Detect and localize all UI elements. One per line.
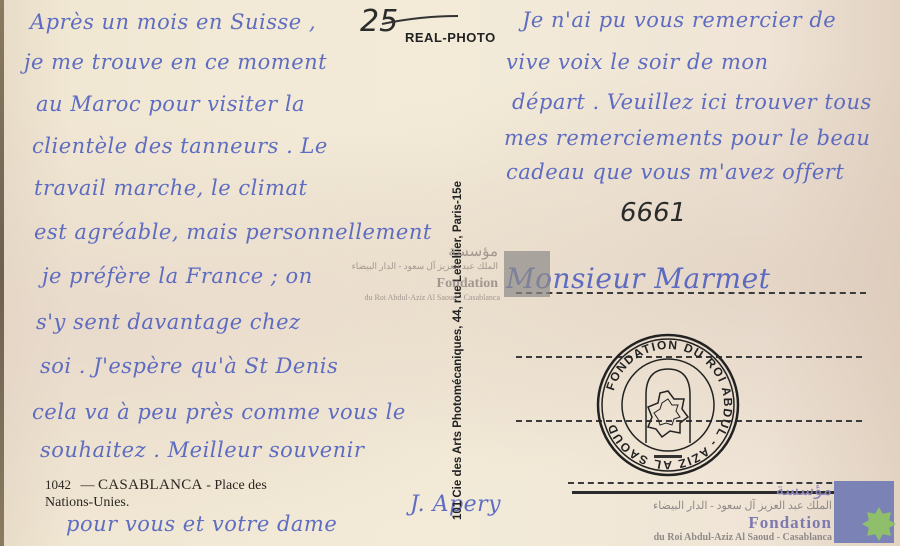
message-line: au Maroc pour visiter la [36,92,305,116]
caption-place: - Place des [206,478,267,493]
brand-arabic-title: مؤسسة [776,480,832,500]
svg-text:FONDATION DU ROI ABDUL - AZIZ: FONDATION DU ROI ABDUL - AZIZ AL SAOUD [603,338,735,472]
watermark-latin-title: Fondation [420,276,498,292]
foundation-stamp: FONDATION DU ROI ABDUL - AZIZ AL SAOUD [596,333,740,477]
message-line: souhaitez . Meilleur souvenir [40,438,364,462]
pencil-arrow-icon [380,10,460,30]
caption-city: CASABLANCA [98,477,203,493]
message-line: Je n'ai pu vous remercier de [522,8,836,32]
message-line: je me trouve en ce moment [24,50,327,74]
message-line: cela va à peu près comme vous le [32,400,406,424]
message-line: cadeau que vous m'avez offert [506,160,844,184]
message-line: clientèle des tanneurs . Le [32,134,328,158]
watermark-latin-line: du Roi Abdul-Aziz Al Saoud - Casablanca [340,293,500,302]
photo-caption: 1042 — CASABLANCA - Place des Nations-Un… [45,476,267,511]
caption-dash: — [81,478,95,493]
brand-latin-title: Fondation [748,513,832,533]
postcard-back: Après un mois en Suisse , je me trouve e… [0,0,900,546]
pencil-archive-number: 6661 [620,198,686,228]
message-line: je préfère la France ; on [42,264,313,288]
message-line: s'y sent davantage chez [36,310,301,334]
brand-latin-line: du Roi Abdul-Aziz Al Saoud - Casablanca [654,532,832,543]
message-line: pour vous et votre dame [66,512,337,536]
message-line: soi . J'espère qu'à St Denis [40,354,338,378]
message-line: est agréable, mais personnellement [34,220,432,244]
watermark-logo-icon [504,251,550,297]
message-line: départ . Veuillez ici trouver tous [512,90,872,114]
watermark-arabic-title: مؤسسة [418,242,498,261]
address-line [516,292,866,294]
publisher-mark: REAL-PHOTO [405,30,496,45]
message-line: vive voix le soir de mon [506,50,769,74]
message-line: Après un mois en Suisse , [30,10,316,34]
printer-line: 101 Cie des Arts Photomécaniques, 44, ru… [452,181,464,520]
caption-place-line2: Nations-Unies. [45,494,267,511]
brand-arabic-line: الملك عبد العزيز آل سعود - الدار البيضاء [653,499,832,512]
caption-number: 1042 [45,477,71,492]
message-line: travail marche, le climat [34,176,307,200]
watermark-arabic-line: الملك عبد العزيز آل سعود - الدار البيضاء [340,261,498,272]
message-line: mes remerciements pour le beau [504,126,870,150]
stamp-ring-text: FONDATION DU ROI ABDUL - AZIZ AL SAOUD [603,338,735,472]
